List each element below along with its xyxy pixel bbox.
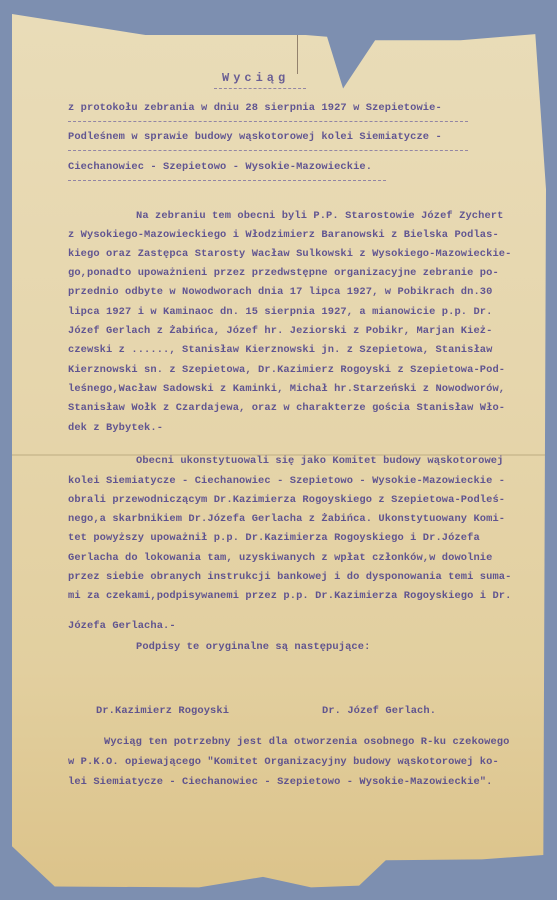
paragraph-line: Na zebraniu tem obecni byli P.P. Starost…: [136, 210, 503, 222]
paragraph-line: dek z Bybytek.-: [68, 422, 163, 434]
closing-line: Wyciąg ten potrzebny jest dla otworzenia…: [104, 736, 509, 748]
paragraph-line: przednio odbyte w Nowodworach dnia 17 li…: [68, 286, 492, 298]
paragraph-line: Gerlacha do lokowania tam, uzyskiwanych …: [68, 552, 492, 564]
paragraph-line: Kierznowski sn. z Szepietowa, Dr.Kazimie…: [68, 364, 505, 376]
heading-underline: [68, 121, 468, 122]
paragraph-line: z Wysokiego-Mazowieckiego i Włodzimierz …: [68, 229, 499, 241]
signatures-intro: Podpisy te oryginalne są następujące:: [136, 641, 370, 653]
paragraph-line: go,ponadto upoważnieni przez przedwstępn…: [68, 267, 499, 279]
heading-line: Ciechanowiec - Szepietowo - Wysokie-Mazo…: [68, 161, 372, 173]
signature-right: Dr. Józef Gerlach.: [322, 705, 436, 717]
paragraph-line: obrali przewodniczącym Dr.Kazimierza Rog…: [68, 494, 505, 506]
paragraph-line: leśnego,Wacław Sadowski z Kaminki, Micha…: [68, 383, 505, 395]
heading-line: z protokołu zebrania w dniu 28 sierpnia …: [68, 102, 442, 114]
title-underline: [214, 88, 306, 89]
paragraph-line: Stanisław Wołk z Czardajewa, oraz w char…: [68, 402, 505, 414]
paragraph-line: przez siebie obranych instrukcji bankowe…: [68, 571, 511, 583]
paragraph-line: mi za czekami,podpisywanemi przez p.p. D…: [68, 590, 511, 602]
paragraph-line: kolei Siemiatycze - Ciechanowiec - Szepi…: [68, 475, 505, 487]
heading-line: Podleśnem w sprawie budowy wąskotorowej …: [68, 131, 442, 143]
signature-left: Dr.Kazimierz Rogoyski: [96, 705, 229, 717]
paragraph-line: Józefa Gerlacha.-: [68, 620, 176, 632]
paragraph-line: tet powyższy upoważnił p.p. Dr.Kazimierz…: [68, 532, 480, 544]
closing-line: lei Siemiatycze - Ciechanowiec - Szepiet…: [68, 776, 492, 788]
paragraph-line: lipca 1927 i w Kaminaoc dn. 15 sierpnia …: [68, 306, 492, 318]
paragraph-line: Józef Gerlach z Żabińca, Józef hr. Jezio…: [68, 325, 492, 337]
closing-line: w P.K.O. opiewającego "Komitet Organizac…: [68, 756, 499, 768]
paragraph-line: Obecni ukonstytuowali się jako Komitet b…: [136, 455, 503, 467]
heading-underline: [68, 150, 468, 151]
paragraph-line: nego,a skarbnikiem Dr.Józefa Gerlacha z …: [68, 513, 505, 525]
paragraph-line: czewski z ......, Stanisław Kierznowski …: [68, 344, 492, 356]
heading-underline: [68, 180, 386, 181]
document-title: Wyciąg: [222, 71, 289, 85]
paragraph-line: kiego oraz Zastępca Starosty Wacław Sulk…: [68, 248, 511, 260]
